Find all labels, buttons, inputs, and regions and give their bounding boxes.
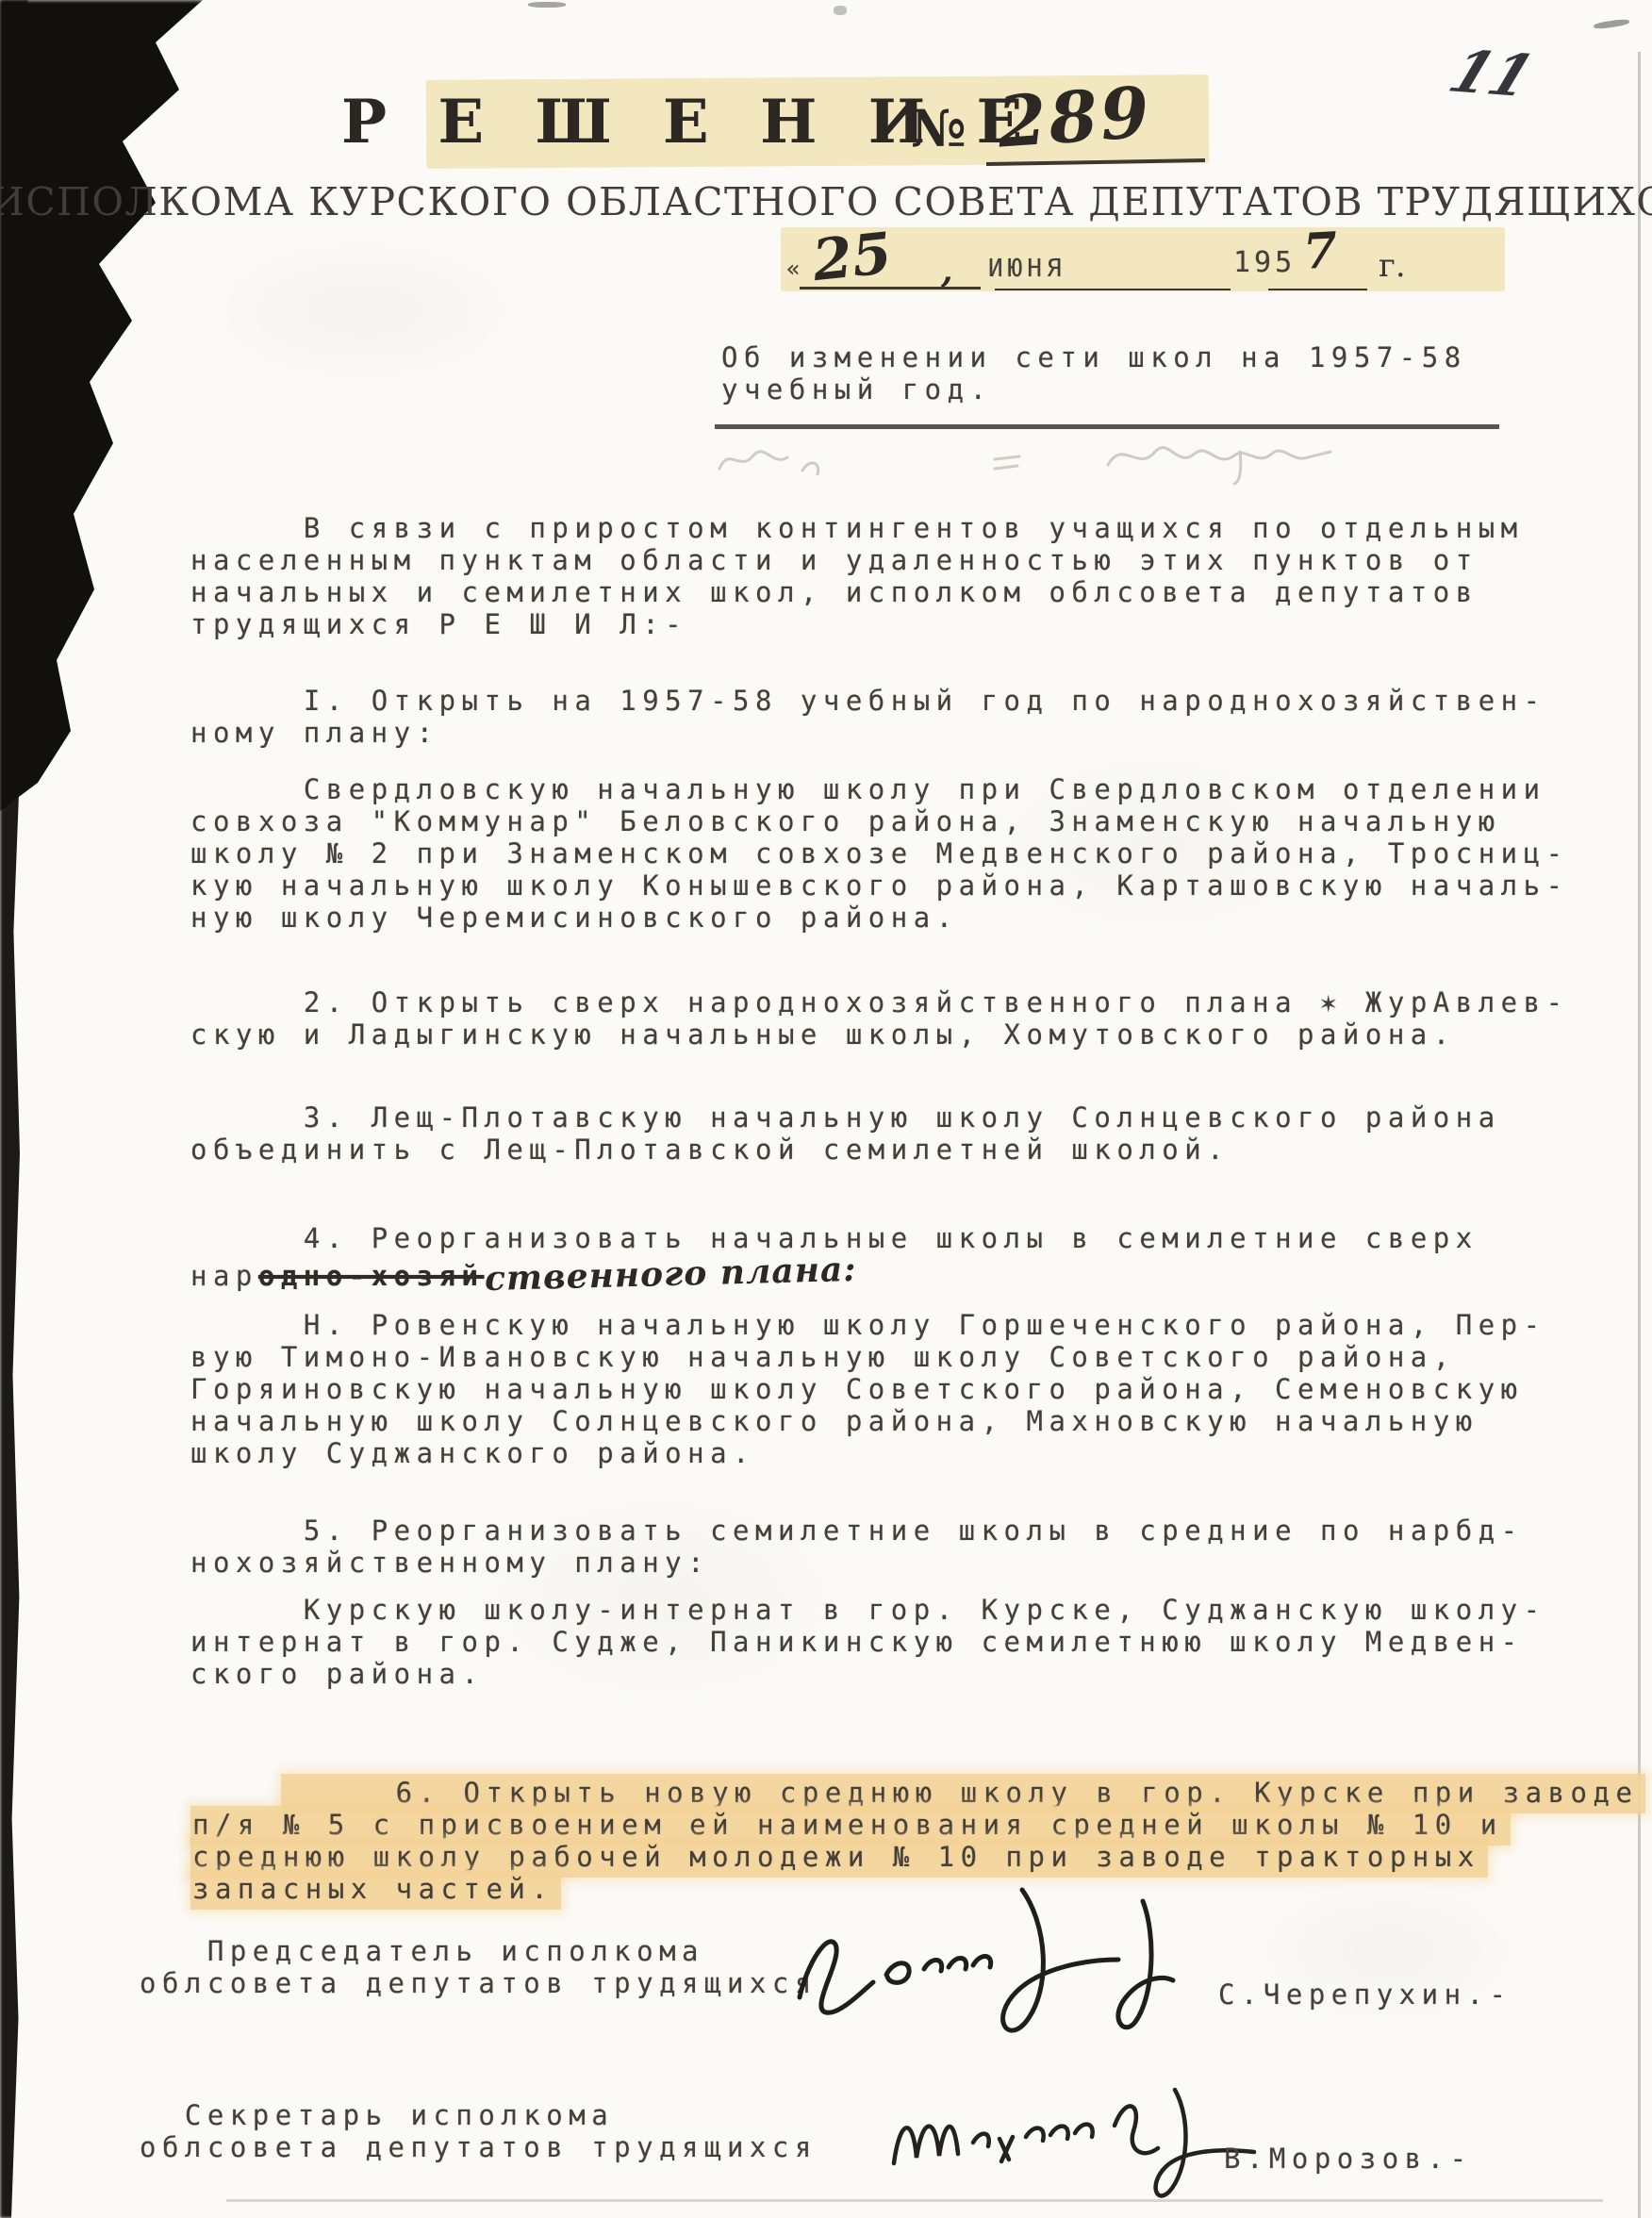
paragraph-item1-schools: Свердловскую начальную школу при Свердло… bbox=[190, 773, 1569, 934]
date-year-underline bbox=[1268, 289, 1367, 290]
pencil-scribble bbox=[712, 429, 1372, 486]
date-day-underline bbox=[800, 287, 981, 290]
item4-handwritten-correction: ственного плана: bbox=[484, 1250, 857, 1299]
signature-chairman-title: Председатель исполкома облсовета депутат… bbox=[140, 1935, 818, 1999]
secretary-autograph bbox=[877, 2071, 1386, 2212]
date-open-quote: « bbox=[786, 253, 806, 285]
item4-typed-fragment: нар bbox=[190, 1260, 258, 1292]
date-year-handwritten: 7 bbox=[1301, 222, 1338, 281]
paragraph-item2: 2. Открыть сверх народнохозяйственного п… bbox=[190, 986, 1569, 1051]
paper-speck bbox=[528, 2, 566, 8]
subject-block: Об изменении сети школ на 1957-58 учебны… bbox=[721, 341, 1467, 406]
date-month-label: ИЮНЯ bbox=[988, 253, 1066, 285]
signature-secretary-title: Секретарь исполкома облсовета депутатов … bbox=[140, 2099, 818, 2163]
date-month-underline bbox=[995, 289, 1231, 290]
signature-secretary-name: В.Морозов.- bbox=[1224, 2143, 1473, 2175]
paper-speck bbox=[834, 6, 847, 15]
page-number-mark: 11 bbox=[1440, 39, 1543, 110]
chairman-autograph bbox=[773, 1877, 1254, 2046]
signature-chairman-name: С.Черепухин.- bbox=[1218, 1978, 1512, 2011]
org-line: ИСПОЛКОМА КУРСКОГО ОБЛАСТНОГО СОВЕТА ДЕП… bbox=[0, 179, 1652, 224]
paragraph-item3: 3. Лещ-Плотавскую начальную школу Солнце… bbox=[190, 1101, 1501, 1166]
paper-speck bbox=[1594, 18, 1630, 29]
decision-number: 289 bbox=[995, 72, 1154, 163]
numero-sign: № bbox=[911, 98, 966, 158]
date-day-handwritten: 25 bbox=[810, 221, 895, 294]
date-year-typed: 195 bbox=[1233, 247, 1296, 279]
item4-struck-fragment: одно-хозяй bbox=[258, 1260, 485, 1292]
paragraph-item5-schools: Курскую школу-интернат в гор. Курске, Су… bbox=[190, 1594, 1546, 1690]
paragraph-item5: 5. Реорганизовать семилетние школы в сре… bbox=[190, 1515, 1524, 1579]
date-era-suffix: г. bbox=[1379, 247, 1406, 285]
paragraph-item1: I. Открыть на 1957-58 учебный год по нар… bbox=[190, 685, 1546, 749]
paragraph-item4-schools: Н. Ровенскую начальную школу Горшеченско… bbox=[190, 1309, 1546, 1469]
date-close-quote: , bbox=[941, 251, 953, 290]
paragraph-intro: В сявзи с приростом контингентов учащихс… bbox=[190, 512, 1524, 640]
scanned-document-page: 11 Р Е Ш Е Н И Е № 289 ИСПОЛКОМА КУРСКОГ… bbox=[0, 0, 1652, 2218]
scan-blotch-topleft bbox=[0, 0, 207, 820]
item4-correction-line: народно-хозяйственного плана: bbox=[190, 1254, 856, 1294]
